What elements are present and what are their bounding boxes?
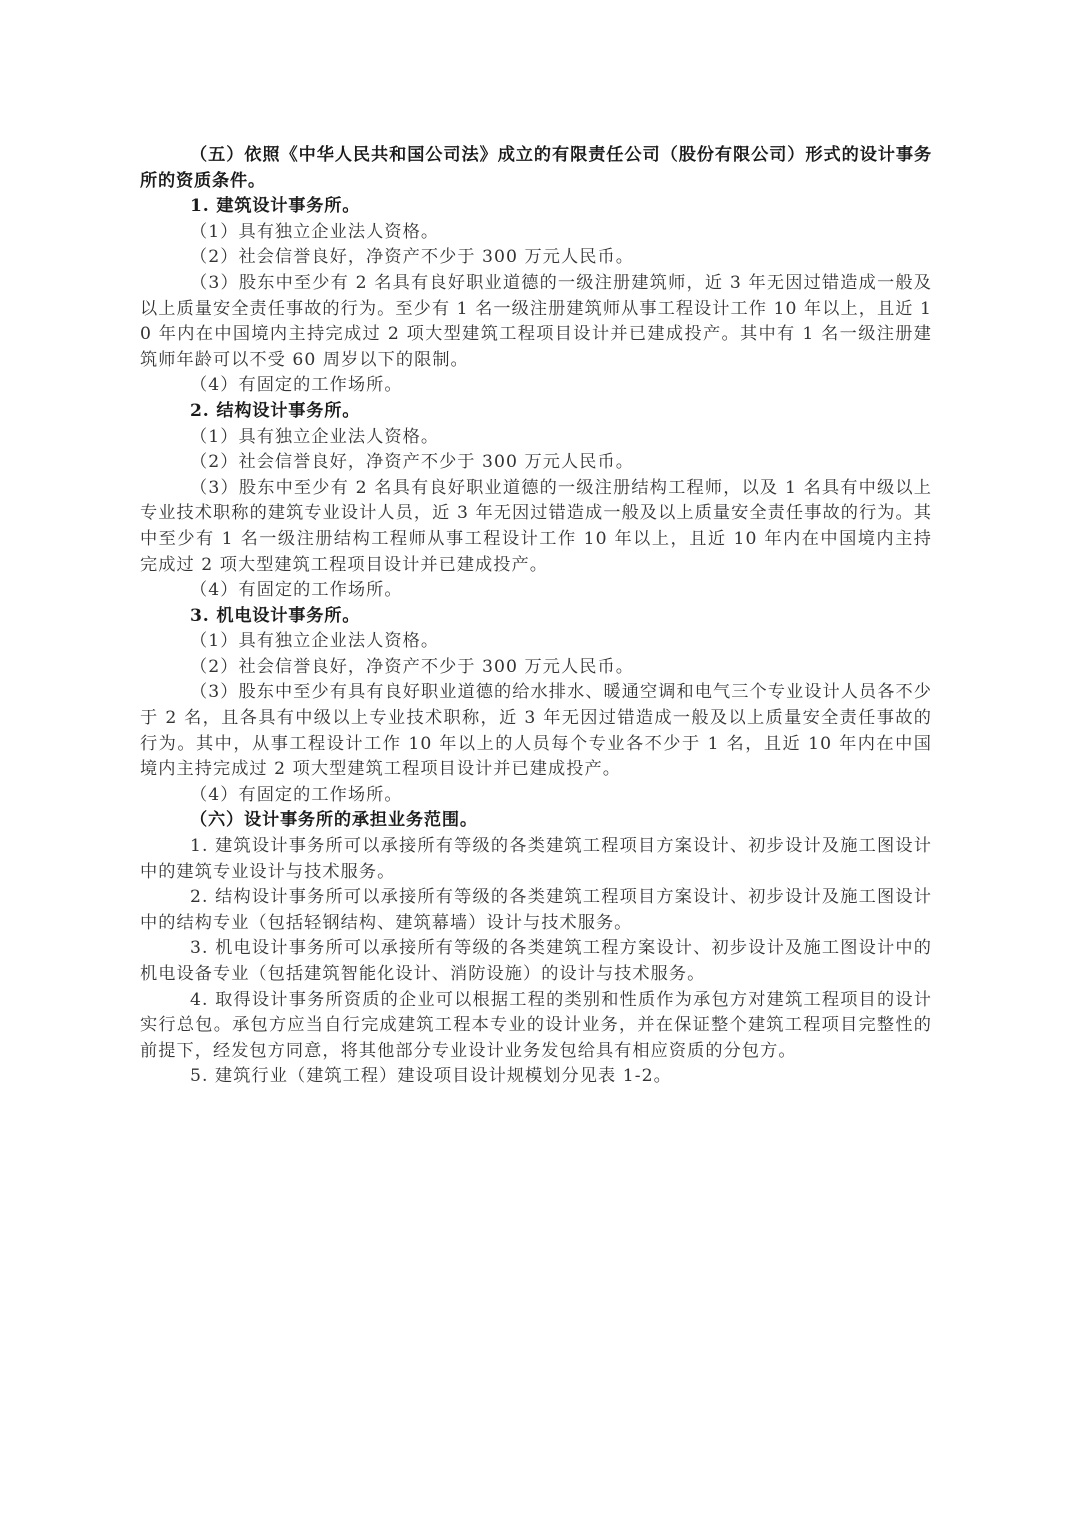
list-item: （3）股东中至少有具有良好职业道德的给水排水、暖通空调和电气三个专业设计人员各不… (140, 680, 932, 782)
section-heading-5: （五）依照《中华人民共和国公司法》成立的有限责任公司（股份有限公司）形式的设计事… (140, 143, 932, 194)
list-item: （2）社会信誉良好，净资产不少于 300 万元人民币。 (140, 245, 932, 271)
subsection-title-mep: 3. 机电设计事务所。 (140, 604, 932, 630)
subsection-title-structure: 2. 结构设计事务所。 (140, 399, 932, 425)
list-item: 1. 建筑设计事务所可以承接所有等级的各类建筑工程项目方案设计、初步设计及施工图… (140, 834, 932, 885)
list-item: （3）股东中至少有 2 名具有良好职业道德的一级注册建筑师，近 3 年无因过错造… (140, 271, 932, 373)
list-item: （2）社会信誉良好，净资产不少于 300 万元人民币。 (140, 450, 932, 476)
list-item: （1）具有独立企业法人资格。 (140, 425, 932, 451)
list-item: 4. 取得设计事务所资质的企业可以根据工程的类别和性质作为承包方对建筑工程项目的… (140, 988, 932, 1065)
list-item: （4）有固定的工作场所。 (140, 578, 932, 604)
section-heading-6: （六）设计事务所的承担业务范围。 (140, 808, 932, 834)
list-item: （1）具有独立企业法人资格。 (140, 629, 932, 655)
list-item: 2. 结构设计事务所可以承接所有等级的各类建筑工程项目方案设计、初步设计及施工图… (140, 885, 932, 936)
list-item: 3. 机电设计事务所可以承接所有等级的各类建筑工程方案设计、初步设计及施工图设计… (140, 936, 932, 987)
list-item: 5. 建筑行业（建筑工程）建设项目设计规模划分见表 1-2。 (140, 1064, 932, 1090)
document-page: （五）依照《中华人民共和国公司法》成立的有限责任公司（股份有限公司）形式的设计事… (140, 143, 932, 1090)
list-item: （4）有固定的工作场所。 (140, 783, 932, 809)
subsection-title-architecture: 1. 建筑设计事务所。 (140, 194, 932, 220)
list-item: （1）具有独立企业法人资格。 (140, 220, 932, 246)
list-item: （2）社会信誉良好，净资产不少于 300 万元人民币。 (140, 655, 932, 681)
list-item: （3）股东中至少有 2 名具有良好职业道德的一级注册结构工程师，以及 1 名具有… (140, 476, 932, 578)
list-item: （4）有固定的工作场所。 (140, 373, 932, 399)
